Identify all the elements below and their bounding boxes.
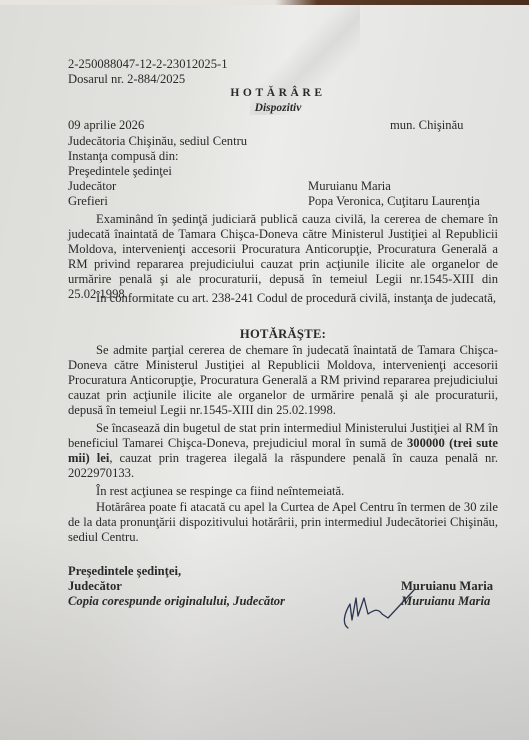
decision-date: 09 aprilie 2026	[68, 118, 144, 133]
court-name: Judecătoria Chişinău, sediul Centru	[68, 134, 247, 149]
role-clerks: Grefieri	[68, 194, 108, 209]
file-number: Dosarul nr. 2-884/2025	[68, 72, 185, 87]
decision-paragraph-compensation: Se încasează din bugetul de stat prin in…	[68, 421, 498, 481]
case-code: 2-250088047-12-2-23012025-1	[68, 57, 228, 72]
signature-judge-label: Judecător	[68, 579, 122, 594]
decision-location: mun. Chişinău	[390, 118, 463, 133]
compensation-text-after: , cauzat prin tragerea ilegală la răspun…	[68, 451, 498, 480]
role-judge: Judecător	[68, 179, 116, 194]
role-president: Preşedintele şedinţei	[68, 164, 172, 179]
clerk-names: Popa Veronica, Cuţitaru Laurenţia	[308, 194, 480, 209]
handwritten-signature-icon	[328, 584, 418, 634]
document-title: HOTĂRÂRE	[68, 86, 488, 101]
intro-paragraph: Examinând în şedinţă judiciară publică c…	[68, 212, 498, 302]
appeal-paragraph: Hotărârea poate fi atacată cu apel la Cu…	[68, 500, 498, 545]
rejection-paragraph: În rest acţiunea se respinge ca fiind ne…	[68, 484, 498, 499]
signature-president-label: Preşedintele şedinţei,	[68, 564, 181, 579]
decides-heading: HOTĂRĂŞTE:	[68, 327, 498, 342]
document-subtitle: Dispozitiv	[68, 101, 488, 116]
composition-label: Instanţa compusă din:	[68, 149, 179, 164]
decision-paragraph-partial-admission: Se admite parţial cererea de chemare în …	[68, 343, 498, 418]
judge-name: Muruianu Maria	[308, 179, 391, 194]
signature-copy-label: Copia corespunde originalului, Judecător	[68, 594, 285, 609]
conformity-paragraph: În conformitate cu art. 238-241 Codul de…	[68, 291, 498, 306]
